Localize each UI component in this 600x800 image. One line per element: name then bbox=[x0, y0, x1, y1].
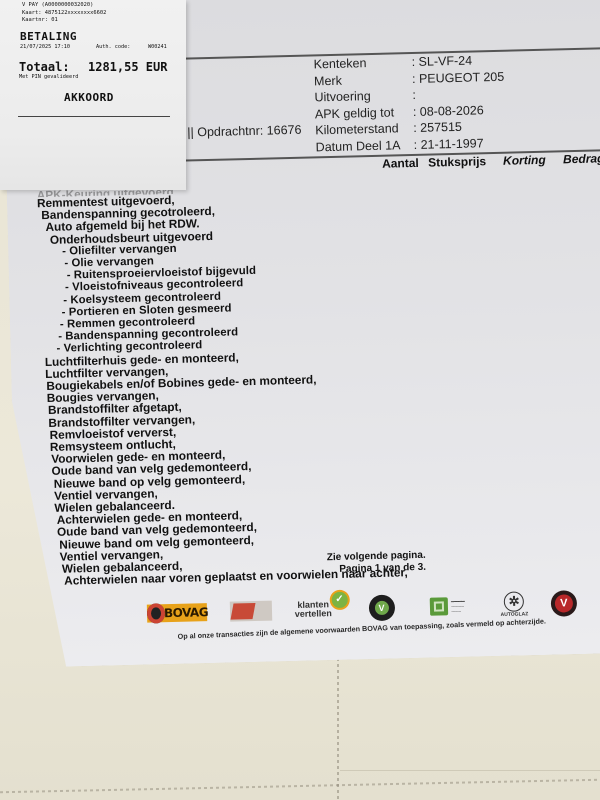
klantenvertellen-logo: klanten vertellen ✓ bbox=[295, 600, 346, 619]
work-lines: APK-Keuring uitgevoerdRemmentest uitgevo… bbox=[37, 180, 408, 587]
vehicle-value: : 08-08-2026 bbox=[413, 102, 484, 120]
column-korting: Korting bbox=[503, 152, 563, 167]
vehicle-value: : bbox=[412, 87, 416, 104]
receipt-datetime: 21/07/2025 17:10 bbox=[20, 44, 70, 50]
payment-status: AKKOORD bbox=[64, 91, 114, 104]
vehicle-value: : SL-VF-24 bbox=[411, 53, 472, 71]
receipt-title: BETALING bbox=[20, 30, 77, 43]
vehicle-label: Datum Deel 1A bbox=[315, 136, 413, 155]
column-aantal: Aantal bbox=[382, 156, 428, 171]
pin-receipt: V PAY (A0000000032020) Kaart: 4875122xxx… bbox=[0, 0, 186, 190]
column-bedrag: Bedrag bbox=[563, 151, 600, 166]
rdw-logo bbox=[230, 601, 272, 622]
red-seal-icon: V bbox=[551, 590, 578, 617]
star-icon: ✲ bbox=[504, 591, 524, 611]
page-footer: Zie volgende pagina. Pagina 1 van de 3. bbox=[306, 550, 427, 577]
pin-note: Met PIN gevalideerd bbox=[19, 74, 78, 80]
card-sequence: Kaartnr: 01 bbox=[22, 17, 58, 24]
card-type: V PAY (A0000000032020) bbox=[22, 2, 93, 9]
card-number: Kaart: 4875122xxxxxxxx6602 bbox=[22, 10, 106, 17]
page-indicator: Pagina 1 van de 3. bbox=[306, 562, 426, 577]
vehicle-value: : 21-11-1997 bbox=[413, 135, 483, 153]
total-label: Totaal: bbox=[19, 60, 70, 74]
divider bbox=[18, 116, 170, 117]
autoglaz-logo: ✲ AUTOGLAZ bbox=[500, 591, 528, 618]
auth-label: Auth. code: bbox=[96, 44, 130, 50]
stitching-seam bbox=[337, 640, 339, 800]
vehicle-value: : 257515 bbox=[413, 119, 462, 137]
green-certification-logo: ━━━━━─────── bbox=[417, 597, 477, 616]
klantenvertellen-text-2: vertellen bbox=[295, 609, 332, 619]
vehicle-value: : PEUGEOT 205 bbox=[412, 68, 505, 87]
checkmark-icon: ✓ bbox=[331, 592, 347, 608]
certification-seal-icon: V bbox=[368, 595, 395, 622]
vehicle-details: Kenteken: SL-VF-24Merk: PEUGEOT 205Uitvo… bbox=[313, 52, 506, 156]
total-amount: 1281,55 EUR bbox=[88, 60, 167, 74]
bovag-logo: BOVAG bbox=[147, 603, 207, 622]
cushion-edge bbox=[340, 770, 600, 771]
order-number: || Opdrachtnr: 16676 bbox=[187, 123, 302, 140]
column-stuksprijs: Stuksprijs bbox=[428, 154, 503, 170]
auth-code: W00241 bbox=[148, 44, 167, 50]
